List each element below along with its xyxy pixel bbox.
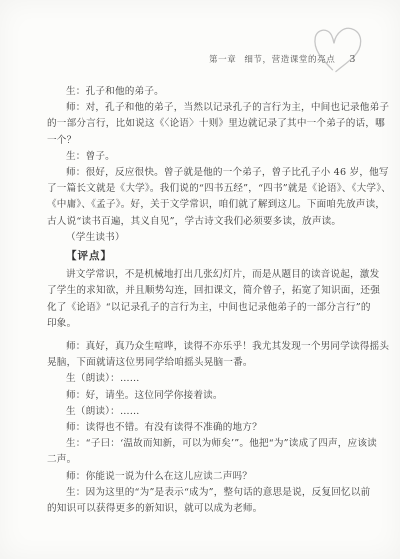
chapter-label: 第一章 bbox=[209, 53, 236, 65]
text-line: 印象。 bbox=[47, 316, 357, 332]
text-line: 师：好，请坐。这位同学你接着读。 bbox=[47, 388, 357, 404]
text-line: 《中庸》、《孟子》。好，关于文学常识，咱们就了解到这儿。下面咱先放声读， bbox=[47, 197, 357, 213]
text-line: 师：你能说一说为什么在这儿应读二声吗？ bbox=[47, 469, 357, 485]
text-line: 化了《论语》“以记录孔子的言行为主，中间也记录他弟子的一部分言行”的 bbox=[47, 300, 357, 316]
text-line: 了一篇长文就是《大学》。我们说的“四书五经”，“四书”就是《论语》、《大学》、 bbox=[47, 181, 357, 197]
text-block: 生：孔子和他的弟子。师：对，孔子和他的弟子，当然以记录孔子的言行为主，中间也记录… bbox=[47, 84, 357, 246]
text-line: 生：“子曰：‘温故而知新，可以为师矣’”。他把“为”读成了四声，应该读 bbox=[47, 436, 357, 452]
text-line: 古人说“读书百遍，其义自见”，学古诗文我们必须要多读，放声读。 bbox=[47, 214, 357, 230]
page-number: 3 bbox=[349, 54, 356, 65]
text-line: 的一部分言行，比如说这《〈论语〉十则》里边就记录了其中一个弟子的话，哪 bbox=[47, 116, 357, 132]
text-line: 一个？ bbox=[47, 133, 357, 149]
body-text: 生：孔子和他的弟子。师：对，孔子和他的弟子，当然以记录孔子的言行为主，中间也记录… bbox=[47, 84, 357, 517]
text-block: 讲文学常识，不是机械地打出几张幻灯片，而是从题目的读音说起，激发了学生的求知欲，… bbox=[47, 267, 357, 332]
heart-decoration-icon bbox=[305, 23, 367, 75]
chapter-title: 细节，营造课堂的亮点 bbox=[244, 53, 335, 65]
text-block: 师：真好，真乃众生喧哗，读得不亦乐乎！我尤其发现一个男同学读得摇头晃脑，下面就请… bbox=[47, 339, 357, 517]
text-line: 生：孔子和他的弟子。 bbox=[47, 84, 357, 100]
text-line: 讲文学常识，不是机械地打出几张幻灯片，而是从题目的读音说起，激发 bbox=[47, 267, 357, 283]
text-line: 生：曾子。 bbox=[47, 149, 357, 165]
text-line: 师：读得也不错。有没有读得不准确的地方？ bbox=[47, 420, 357, 436]
section-heading: 【评点】 bbox=[47, 248, 357, 264]
text-line: 生：因为这里的“为”是表示“成为”，整句话的意思是说，反复回忆以前 bbox=[47, 485, 357, 501]
text-line: 师：对，孔子和他的弟子，当然以记录孔子的言行为主，中间也记录他弟子 bbox=[47, 100, 357, 116]
text-line: 了学生的求知欲，并且顺势勾连，回扣课文，简介曾子，拓宽了知识面，还强 bbox=[47, 283, 357, 299]
page-header: 第一章 细节，营造课堂的亮点 3 bbox=[209, 53, 356, 65]
text-line: 生（朗读）：…… bbox=[47, 371, 357, 387]
text-line: 二声。 bbox=[47, 452, 357, 468]
text-line: 师：真好，真乃众生喧哗，读得不亦乐乎！我尤其发现一个男同学读得摇头 bbox=[47, 339, 357, 355]
book-page: 第一章 细节，营造课堂的亮点 3 生：孔子和他的弟子。师：对，孔子和他的弟子，当… bbox=[0, 0, 400, 559]
text-line: 生（朗读）：…… bbox=[47, 404, 357, 420]
text-line: （学生读书） bbox=[47, 230, 357, 246]
text-line: 的知识可以获得更多的新知识，就可以成为老师。 bbox=[47, 501, 357, 517]
text-line: 师：很好，反应很快。曾子就是他的一个弟子，曾子比孔子小 46 岁，他写 bbox=[47, 165, 357, 181]
text-line: 晃脑，下面就请这位男同学给咱摇头晃脑一番。 bbox=[47, 355, 357, 371]
